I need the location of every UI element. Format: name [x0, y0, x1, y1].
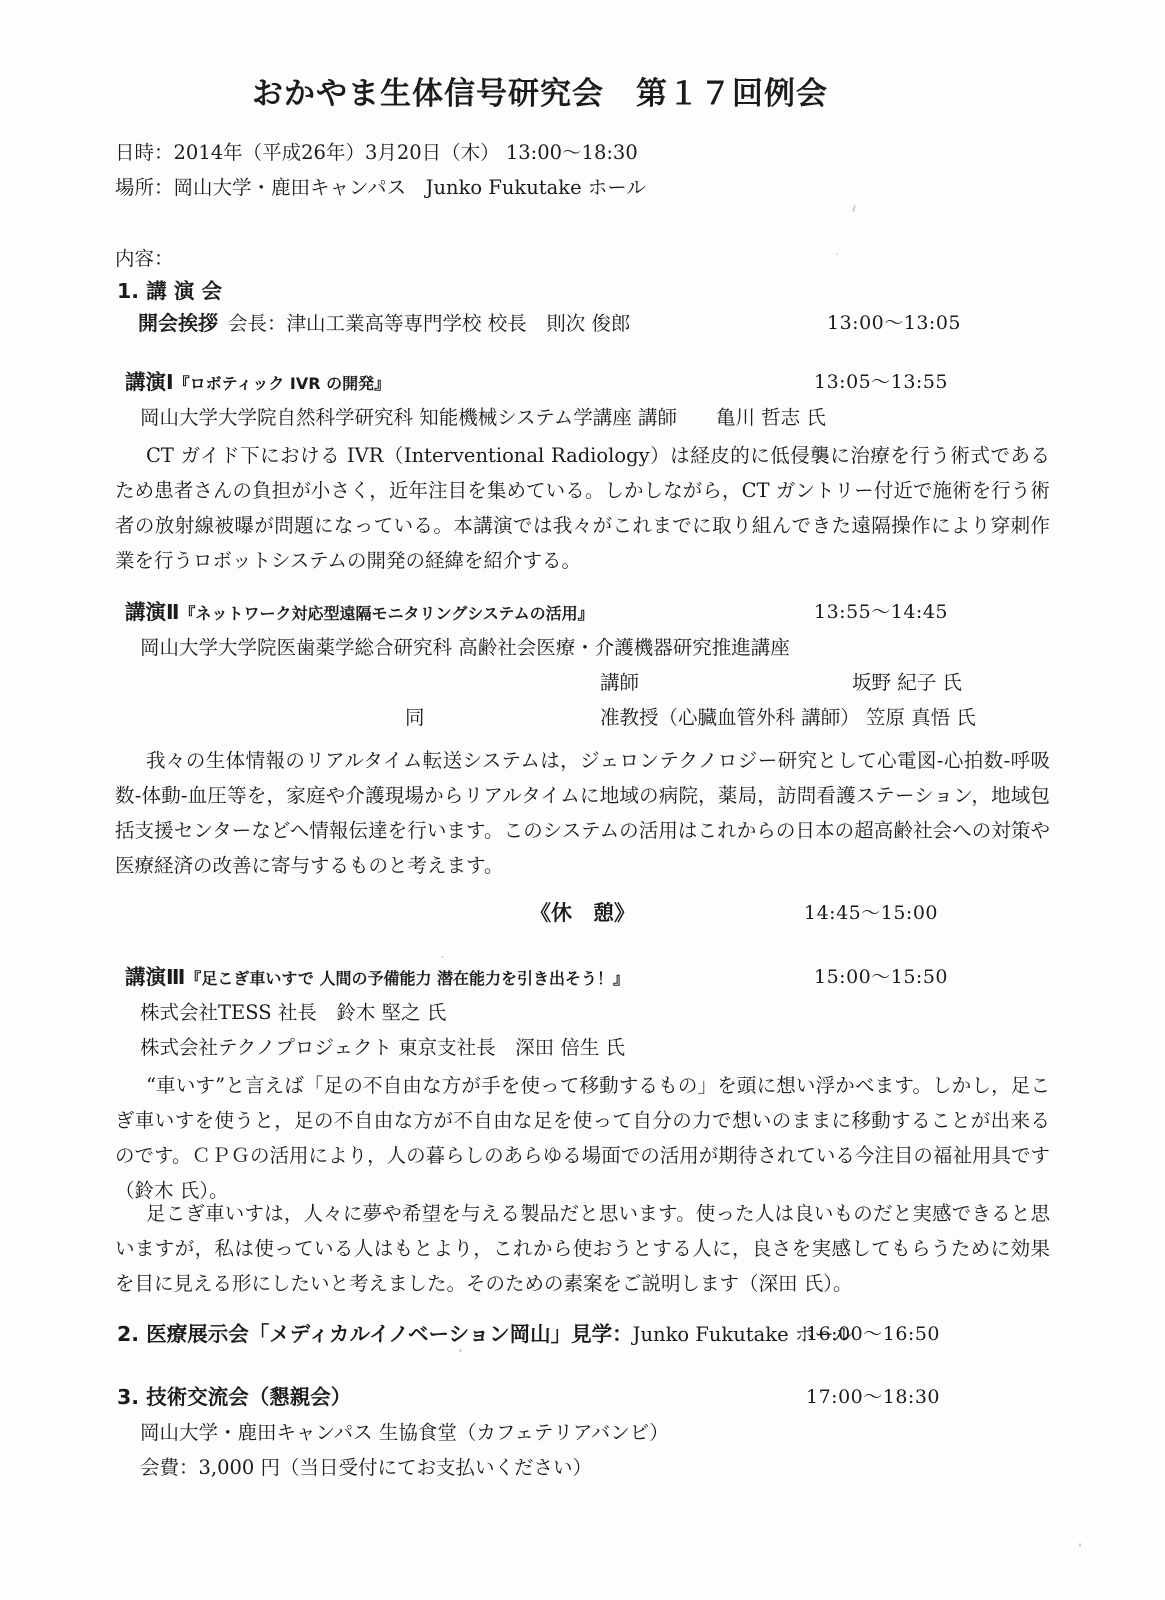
section3-heading-row: 3. 技術交流会（懇親会） 17:00～18:30: [115, 1383, 1052, 1414]
section3-time: 17:00～18:30: [806, 1383, 940, 1411]
talk3-heading-row: 講演Ⅲ『足こぎ車いすで 人間の予備能力 潜在能力を引き出そう！』 15:00～1…: [115, 963, 1060, 994]
talk1-label: 講演Ⅰ: [125, 370, 174, 394]
section1-heading: 1. 講 演 会: [115, 277, 1052, 305]
talk1-time: 13:05～13:55: [814, 368, 948, 396]
scan-speck: [441, 956, 444, 958]
opening-remarks-detail: 会長：津山工業高等専門学校 校長 則次 俊郎: [228, 312, 630, 335]
talk3-abstract-1: “車いす”と言えば「足の不自由な方が手を使って移動するもの」を頭に想い浮かべます…: [115, 1068, 1050, 1208]
talk3-time: 15:00～15:50: [814, 963, 948, 991]
opening-remarks-time: 13:00～13:05: [827, 309, 961, 337]
talk1-affiliation: 岡山大学大学院自然科学研究科 知能機械システム学講座 講師 亀川 哲志 氏: [115, 404, 1075, 432]
talk2-lecturer2-same-label: 同: [405, 704, 425, 732]
break-row: 《休 憩》 14:45～15:00: [115, 899, 1050, 927]
talk2-affiliation: 岡山大学大学院医歯薬学総合研究科 高齢社会医療・介護機器研究推進講座: [115, 634, 1075, 662]
talk2-label: 講演Ⅱ: [125, 600, 180, 624]
scanned-document-page: おかやま生体信号研究会 第１７回例会 日時：2014年（平成26年）3月20日（…: [0, 0, 1165, 1600]
talk1-title: 『ロボティック IVR の開発』: [174, 374, 391, 393]
talk3-speaker2: 株式会社テクノプロジェクト 東京支社長 深田 倍生 氏: [115, 1034, 1075, 1062]
document-title: おかやま生体信号研究会 第１７回例会: [0, 68, 1080, 113]
scan-speck: [836, 253, 838, 255]
meeting-datetime: 日時：2014年（平成26年）3月20日（木） 13:00～18:30: [115, 139, 1050, 167]
section3-fee: 会費：3,000 円（当日受付にてお支払いください）: [115, 1454, 1075, 1482]
meeting-place: 場所：岡山大学・鹿田キャンパス Junko Fukutake ホール: [115, 174, 1050, 202]
talk3-abstract-2: 足こぎ車いすは，人々に夢や希望を与える製品だと思います。使った人は良いものだと実…: [115, 1196, 1050, 1301]
section3-heading: 3. 技術交流会（懇親会）: [117, 1385, 351, 1409]
scan-speck: [459, 1349, 462, 1352]
talk2-time: 13:55～14:45: [814, 598, 948, 626]
break-time: 14:45～15:00: [804, 899, 938, 927]
talk1-abstract: CT ガイド下における IVR（Interventional Radiology…: [115, 438, 1050, 578]
opening-remarks-label: 開会挨拶: [138, 311, 218, 335]
section2-heading-bold: 2. 医療展示会「メディカルイノベーション岡山」見学：: [117, 1322, 633, 1346]
talk2-heading-row: 講演Ⅱ『ネットワーク対応型遠隔モニタリングシステムの活用』 13:55～14:4…: [115, 598, 1060, 629]
talk1-heading-row: 講演Ⅰ『ロボティック IVR の開発』 13:05～13:55: [115, 368, 1060, 399]
talk2-abstract: 我々の生体情報のリアルタイム転送システムは，ジェロンテクノロジー研究として心電図…: [115, 743, 1050, 883]
scan-speck: [1079, 1543, 1081, 1547]
section3-venue: 岡山大学・鹿田キャンパス 生協食堂（カフェテリアバンビ）: [115, 1419, 1075, 1447]
talk3-label: 講演Ⅲ: [125, 965, 185, 989]
talk3-title: 『足こぎ車いすで 人間の予備能力 潜在能力を引き出そう！』: [185, 969, 629, 988]
section2-time: 16:00～16:50: [806, 1320, 940, 1348]
talk2-lecturer1-name: 坂野 紀子 氏: [852, 669, 962, 697]
talk3-speaker1: 株式会社TESS 社長 鈴木 堅之 氏: [115, 999, 1075, 1027]
talk2-title: 『ネットワーク対応型遠隔モニタリングシステムの活用』: [180, 604, 594, 623]
talk2-lecturer1-role: 講師: [600, 669, 639, 697]
talk2-lecturer2-role-name: 准教授（心臓血管外科 講師） 笠原 真悟 氏: [600, 704, 976, 732]
contents-label: 内容：: [115, 245, 1050, 273]
scan-speck: [852, 205, 856, 212]
section2-heading-row: 2. 医療展示会「メディカルイノベーション岡山」見学：Junko Fukutak…: [115, 1320, 1052, 1351]
opening-remarks-row: 開会挨拶 会長：津山工業高等専門学校 校長 則次 俊郎 13:00～13:05: [115, 309, 1073, 340]
